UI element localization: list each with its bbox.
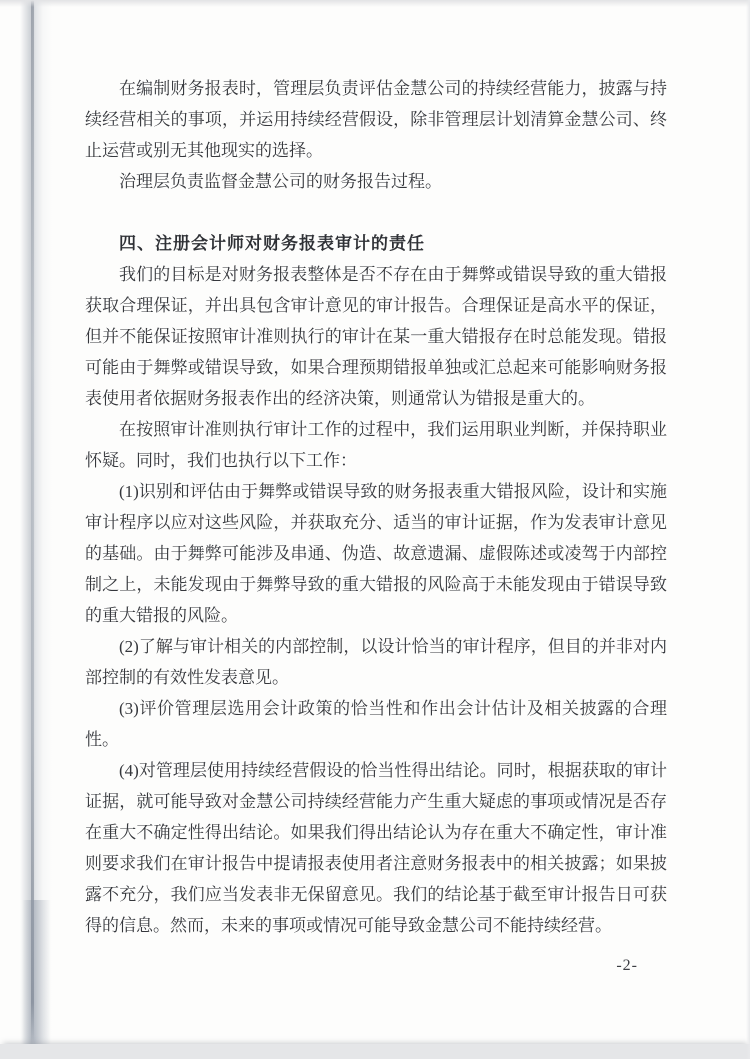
paragraph: (2)了解与审计相关的内部控制，以设计恰当的审计程序，但目的并非对内部控制的有效… [85,631,667,693]
paragraph: 在编制财务报表时，管理层负责评估金慧公司的持续经营能力，披露与持续经营相关的事项… [85,73,667,166]
scan-crease-bottom-shadow [22,900,54,1044]
paragraph: 在按照审计准则执行审计工作的过程中，我们运用职业判断，并保持职业怀疑。同时，我们… [85,414,667,476]
document-content: 在编制财务报表时，管理层负责评估金慧公司的持续经营能力，披露与持续经营相关的事项… [85,73,667,941]
document-page: 在编制财务报表时，管理层负责评估金慧公司的持续经营能力，披露与持续经营相关的事项… [0,0,750,1059]
scanner-edge-top [0,0,750,7]
paragraph: (4)对管理层使用持续经营假设的恰当性得出结论。同时，根据获取的审计证据，就可能… [85,755,667,941]
page-number: -2- [616,955,638,977]
scanner-edge-right [746,0,750,1059]
paragraph: 治理层负责监督金慧公司的财务报告过程。 [85,166,667,197]
scan-crease-shadow [20,0,58,1044]
paragraph: (1)识别和评估由于舞弊或错误导致的财务报表重大错报风险，设计和实施审计程序以应… [85,476,667,631]
paragraph: 我们的目标是对财务报表整体是否不存在由于舞弊或错误导致的重大错报获取合理保证，并… [85,259,667,414]
section-heading: 四、注册会计师对财务报表审计的责任 [85,228,667,259]
scan-crease-line [31,0,34,1044]
scanner-edge-bottom [0,1044,750,1059]
paragraph: (3)评价管理层选用会计政策的恰当性和作出会计估计及相关披露的合理性。 [85,693,667,755]
